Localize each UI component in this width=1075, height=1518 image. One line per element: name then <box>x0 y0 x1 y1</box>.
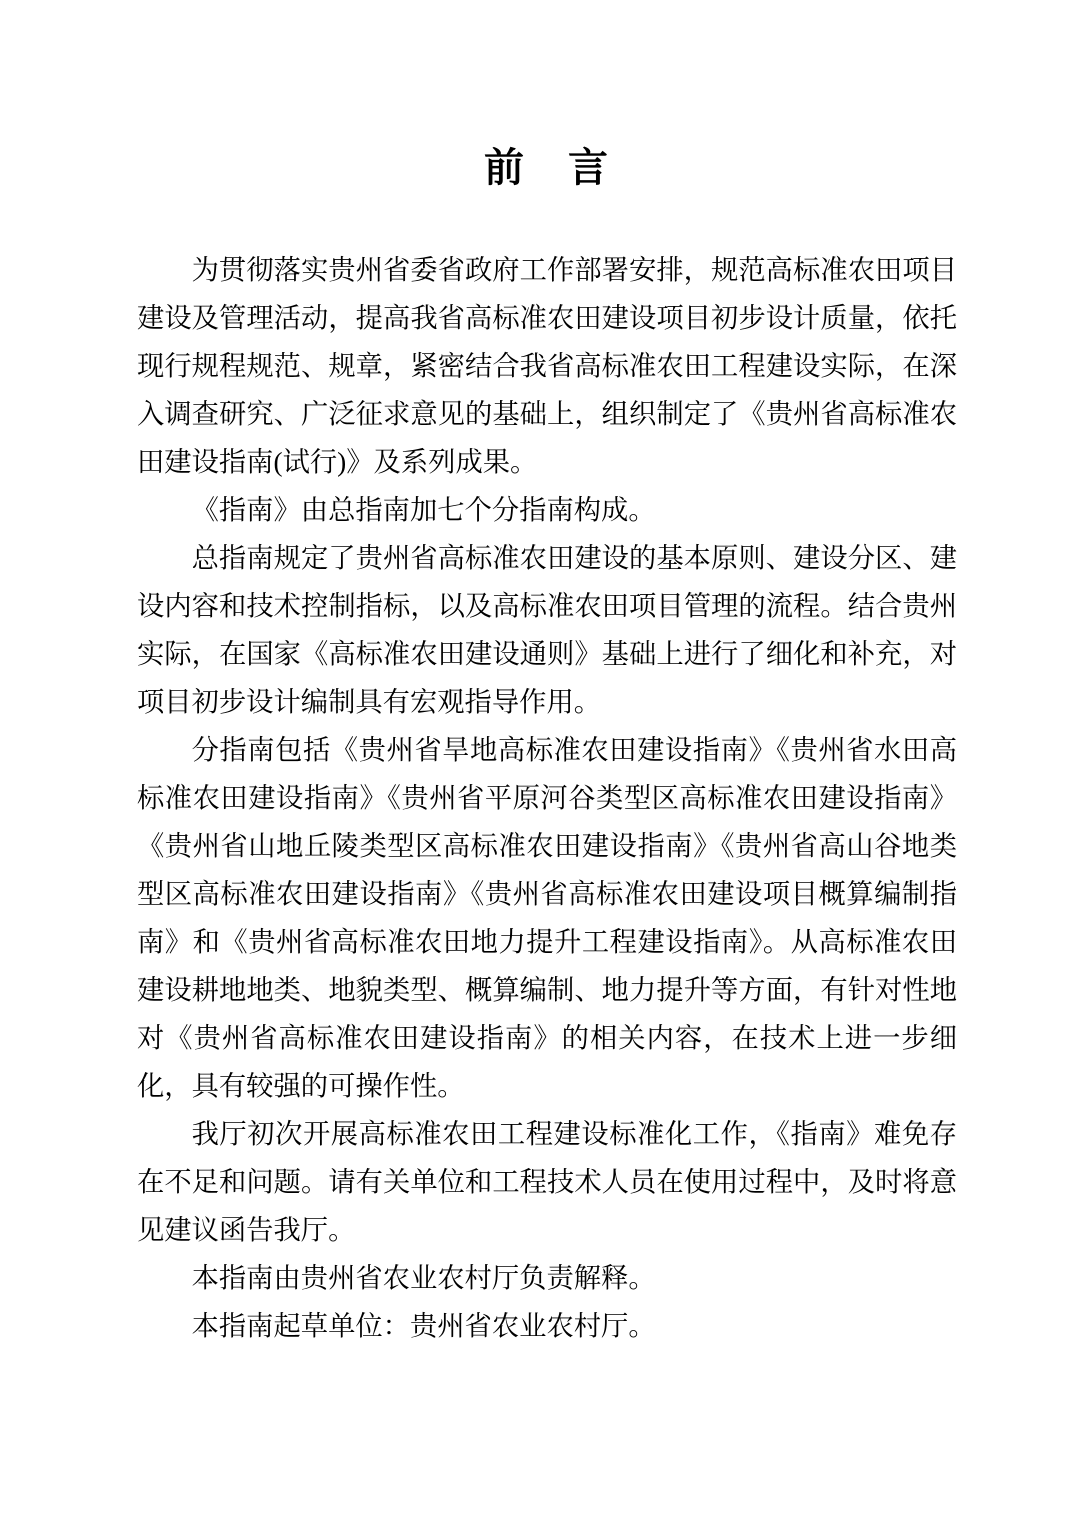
paragraph: 本指南由贵州省农业农村厅负责解释。 <box>137 1254 957 1302</box>
paragraph: 本指南起草单位：贵州省农业农村厅。 <box>137 1302 957 1350</box>
paragraph: 为贯彻落实贵州省委省政府工作部署安排，规范高标准农田项目建设及管理活动，提高我省… <box>137 246 957 486</box>
document-page: 前 言 为贯彻落实贵州省委省政府工作部署安排，规范高标准农田项目建设及管理活动，… <box>0 0 1075 1518</box>
paragraph: 我厅初次开展高标准农田工程建设标准化工作，《指南》难免存在不足和问题。请有关单位… <box>137 1110 957 1254</box>
paragraph: 总指南规定了贵州省高标准农田建设的基本原则、建设分区、建设内容和技术控制指标，以… <box>137 534 957 726</box>
page-title: 前 言 <box>137 140 957 196</box>
paragraph: 《指南》由总指南加七个分指南构成。 <box>137 486 957 534</box>
document-content: 前 言 为贯彻落实贵州省委省政府工作部署安排，规范高标准农田项目建设及管理活动，… <box>137 140 957 1350</box>
document-body: 为贯彻落实贵州省委省政府工作部署安排，规范高标准农田项目建设及管理活动，提高我省… <box>137 246 957 1350</box>
paragraph: 分指南包括《贵州省旱地高标准农田建设指南》《贵州省水田高标准农田建设指南》《贵州… <box>137 726 957 1110</box>
